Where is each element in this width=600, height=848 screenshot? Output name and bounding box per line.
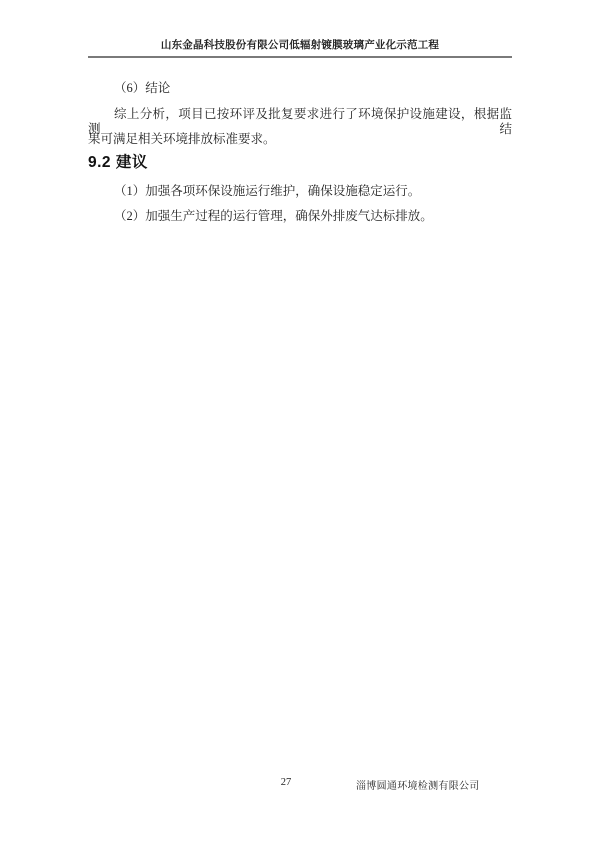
document-page: 山东金晶科技股份有限公司低辐射镀膜玻璃产业化示范工程 （6）结论 综上分析，项目…: [0, 0, 600, 848]
header-rule: [88, 56, 512, 58]
conclusion-heading: （6）结论: [88, 81, 512, 96]
section-heading: 9.2 建议: [88, 150, 148, 172]
conclusion-paragraph-line-2: 果可满足相关环境排放标准要求。: [88, 132, 512, 147]
header-title: 山东金晶科技股份有限公司低辐射镀膜玻璃产业化示范工程: [0, 37, 600, 52]
footer-company: 淄博圆通环境检测有限公司: [356, 777, 480, 792]
suggestion-item-1: （1）加强各项环保设施运行维护，确保设施稳定运行。: [88, 184, 512, 199]
page-number: 27: [268, 777, 304, 788]
suggestion-item-2: （2）加强生产过程的运行管理，确保外排废气达标排放。: [88, 209, 512, 224]
